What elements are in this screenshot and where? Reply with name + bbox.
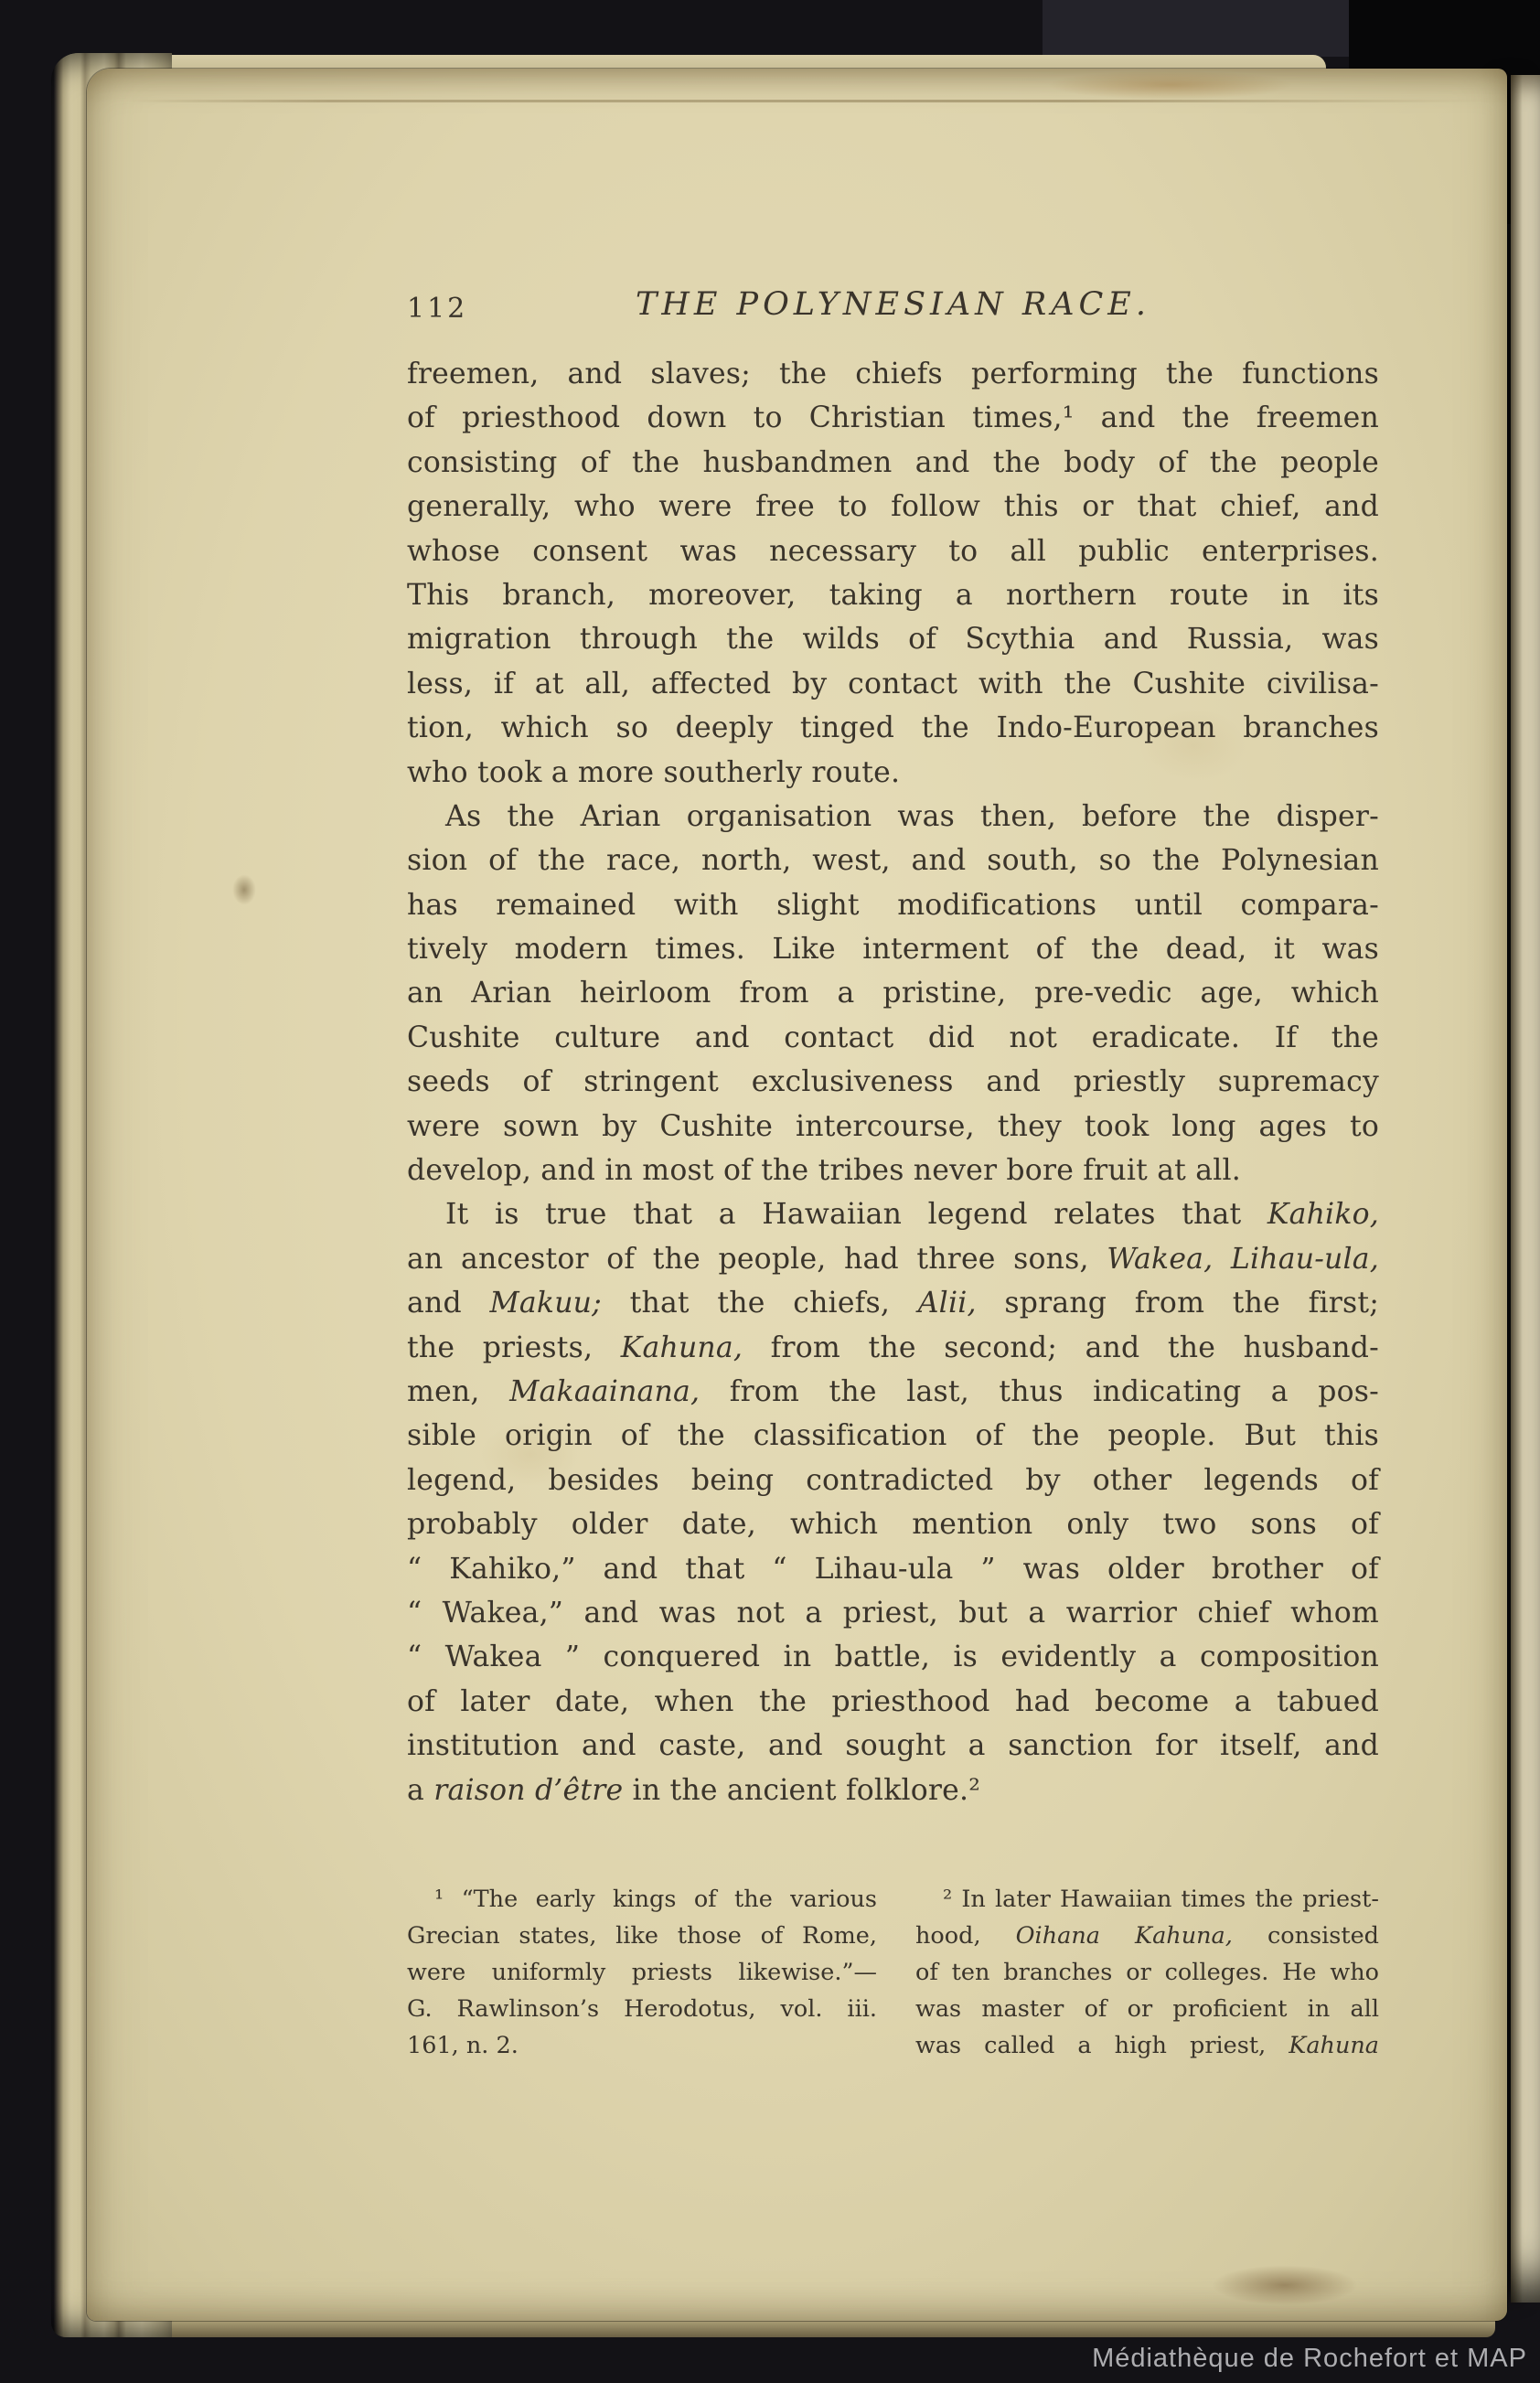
text-line: migration through the wilds of Scythia a…	[407, 617, 1379, 661]
text-line: an ancestor of the people, had three son…	[407, 1237, 1379, 1281]
text-line: probably older date, which mention only …	[407, 1502, 1379, 1546]
body-text: freemen, and slaves; the chiefs performi…	[407, 352, 1379, 1812]
paper-stain	[1212, 2265, 1358, 2305]
text-line: It is true that a Hawaiian legend relate…	[407, 1192, 1379, 1236]
page-top-crease	[125, 100, 1480, 102]
text-line: freemen, and slaves; the chiefs performi…	[407, 352, 1379, 396]
page-header: 112 THE POLYNESIAN RACE.	[407, 286, 1379, 334]
text-line: men, Makaainana, from the last, thus ind…	[407, 1370, 1379, 1414]
text-line: This branch, moreover, taking a northern…	[407, 573, 1379, 617]
text-line: Grecian states, like those of Rome,	[407, 1918, 877, 1954]
text-line: seeds of stringent exclusiveness and pri…	[407, 1060, 1379, 1104]
text-line: G. Rawlinson’s Herodotus, vol. iii.	[407, 1991, 877, 2027]
text-line: a raison d’être in the ancient folklore.…	[407, 1769, 1379, 1812]
text-line: has remained with slight modifications u…	[407, 883, 1379, 927]
paper-stain	[231, 873, 257, 906]
paper-stain	[1047, 70, 1294, 100]
watermark: Médiathèque de Rochefort et MAP	[1092, 2344, 1527, 2374]
text-line: of priesthood down to Christian times,¹ …	[407, 396, 1379, 440]
text-line: was master of or proficient in all	[915, 1991, 1379, 2027]
text-line: less, if at all, affected by contact wit…	[407, 662, 1379, 706]
text-line: “ Wakea,” and was not a priest, but a wa…	[407, 1591, 1379, 1635]
text-line: an Arian heirloom from a pristine, pre-v…	[407, 971, 1379, 1015]
footnotes: ¹ “The early kings of the variousGrecian…	[407, 1881, 1379, 2082]
text-line: tion, which so deeply tinged the Indo-Eu…	[407, 706, 1379, 750]
text-line: sible origin of the classification of th…	[407, 1414, 1379, 1458]
adjacent-page-edge	[1511, 75, 1540, 2303]
text-line: hood, Oihana Kahuna, consisted	[915, 1918, 1379, 1954]
text-line: consisting of the husbandmen and the bod…	[407, 441, 1379, 485]
text-line: “ Kahiko,” and that “ Lihau-ula ” was ol…	[407, 1547, 1379, 1591]
text-line: As the Arian organisation was then, befo…	[407, 795, 1379, 839]
text-line: 161, n. 2.	[407, 2027, 877, 2064]
book-page: 112 THE POLYNESIAN RACE. freemen, and sl…	[87, 69, 1507, 2321]
text-line: “ Wakea ” conquered in battle, is eviden…	[407, 1635, 1379, 1679]
text-line: sion of the race, north, west, and south…	[407, 839, 1379, 882]
text-line: of later date, when the priesthood had b…	[407, 1680, 1379, 1724]
text-line: was called a high priest, Kahuna	[915, 2027, 1379, 2064]
page-number: 112	[407, 293, 467, 325]
running-title: THE POLYNESIAN RACE.	[407, 286, 1379, 323]
text-line: legend, besides being contradicted by ot…	[407, 1459, 1379, 1502]
text-line: who took a more southerly route.	[407, 751, 1379, 795]
text-line: ¹ “The early kings of the various	[407, 1881, 877, 1918]
footnote-1: ¹ “The early kings of the variousGrecian…	[407, 1881, 877, 2064]
text-line: Cushite culture and contact did not erad…	[407, 1016, 1379, 1060]
text-line: and Makuu; that the chiefs, Alii, sprang…	[407, 1281, 1379, 1325]
text-line: tively modern times. Like interment of t…	[407, 927, 1379, 971]
text-line: ² In later Hawaiian times the priest-	[915, 1881, 1379, 1918]
footnote-2: ² In later Hawaiian times the priest-hoo…	[915, 1881, 1379, 2064]
text-line: the priests, Kahuna, from the second; an…	[407, 1326, 1379, 1370]
text-line: develop, and in most of the tribes never…	[407, 1149, 1379, 1192]
text-line: of ten branches or colleges. He who	[915, 1954, 1379, 1991]
text-line: generally, who were free to follow this …	[407, 485, 1379, 529]
text-line: were uniformly priests likewise.”—	[407, 1954, 877, 1991]
text-line: whose consent was necessary to all publi…	[407, 529, 1379, 573]
text-line: institution and caste, and sought a sanc…	[407, 1724, 1379, 1768]
scanner-lid-shadow	[1043, 0, 1353, 57]
text-line: were sown by Cushite intercourse, they t…	[407, 1105, 1379, 1149]
scanned-book-photo: 112 THE POLYNESIAN RACE. freemen, and sl…	[0, 0, 1540, 2383]
